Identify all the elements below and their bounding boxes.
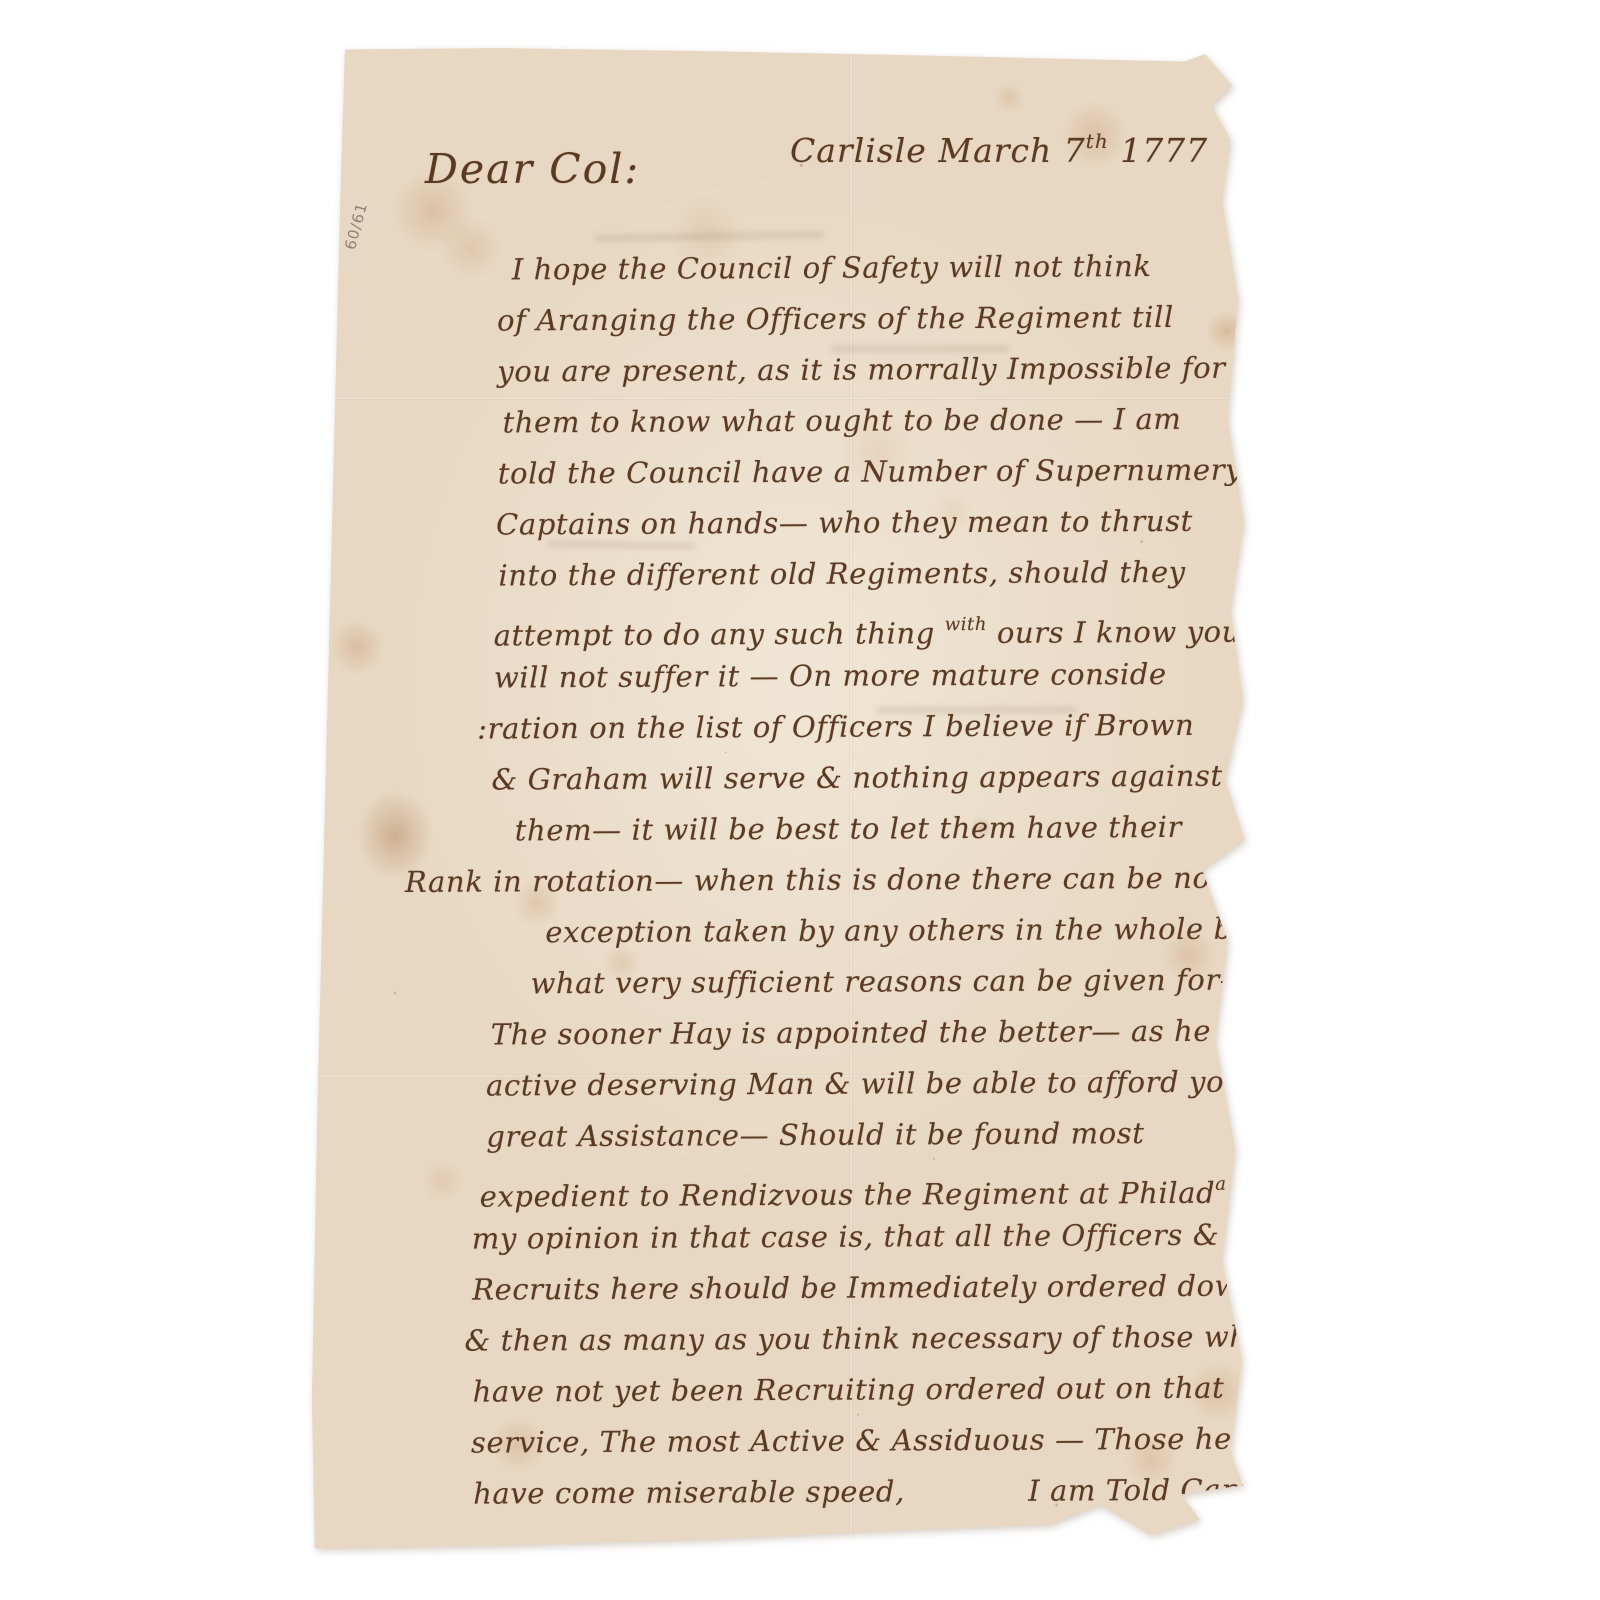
line-pre: expedient to Rendizvous the Regiment at … (480, 1176, 1216, 1214)
inserted-word: with (945, 614, 988, 635)
letter-line: I hope the Council of Safety will not th… (512, 241, 1252, 296)
letter-line: them to know what ought to be done — I a… (502, 394, 1252, 449)
photo-canvas: Carlisle March 7th 1777 Dear Col: 60/61 … (0, 0, 1600, 1600)
letter-paper: Carlisle March 7th 1777 Dear Col: 60/61 … (310, 45, 1255, 1550)
letter-line: :ration on the list of Officers I believ… (477, 700, 1254, 755)
letter-line: them— it will be best to let them have t… (515, 802, 1255, 857)
line-post: — (1227, 1175, 1267, 1209)
dateline-place-day: Carlisle March 7 (790, 131, 1086, 170)
line-pre: attempt to do any such thing (494, 616, 945, 652)
dateline-superscript: th (1086, 129, 1109, 153)
letter-line: The sooner Hay is appointed the better— … (491, 1006, 1256, 1061)
verso-showthrough (593, 231, 823, 242)
letter-closing-line: have come miserable speed,I am Told Capt… (473, 1465, 1258, 1520)
letter-line: exception taken by any others in the who… (545, 904, 1255, 959)
letter-line-with-insertion: attempt to do any such thing with ours I… (494, 598, 1254, 653)
letter-line: my opinion in that case is, that all the… (472, 1210, 1257, 1265)
letter-line: have not yet been Recruiting ordered out… (473, 1363, 1258, 1418)
line-post: ours I know you (987, 615, 1241, 650)
letter-line: great Assistance— Should it be found mos… (486, 1108, 1256, 1163)
letter-line: what very sufficient reasons can be give… (530, 955, 1255, 1010)
letter-line: service, The most Active & Assiduous — T… (471, 1414, 1258, 1469)
letter-line: told the Council have a Number of Supern… (498, 445, 1253, 500)
superscript-a: a (1215, 1174, 1226, 1195)
dateline-year: 1777 (1109, 131, 1208, 170)
letter-line: active deserving Man & will be able to a… (486, 1057, 1256, 1112)
letter-line: of Aranging the Officers of the Regiment… (497, 292, 1252, 347)
letter-line: Recruits here should be Immediately orde… (472, 1261, 1257, 1316)
letter-line: Captains on hands— who they mean to thru… (496, 496, 1253, 551)
salutation: Dear Col: (425, 145, 640, 193)
letter-line: & then as many as you think necessary of… (464, 1312, 1257, 1367)
closing-phrase: I am Told Captain (1028, 1464, 1300, 1516)
letter-paper-wrap: Carlisle March 7th 1777 Dear Col: 60/61 … (310, 45, 1255, 1550)
pencil-annotation: 60/61 (341, 200, 371, 251)
letter-line: & Graham will serve & nothing appears ag… (491, 751, 1254, 806)
line-text: have come miserable speed, (473, 1474, 905, 1510)
dateline: Carlisle March 7th 1777 (790, 129, 1208, 170)
letter-line: into the different old Regiments, should… (498, 547, 1253, 602)
letter-line: you are present, as it is morrally Impos… (497, 343, 1252, 398)
letter-body: I hope the Council of Safety will not th… (307, 241, 1259, 1521)
letter-line: Rank in rotation— when this is done ther… (405, 853, 1255, 908)
letter-line: will not suffer it — On more mature cons… (494, 649, 1254, 704)
letter-line-with-superscript: expedient to Rendizvous the Regiment at … (479, 1159, 1256, 1214)
